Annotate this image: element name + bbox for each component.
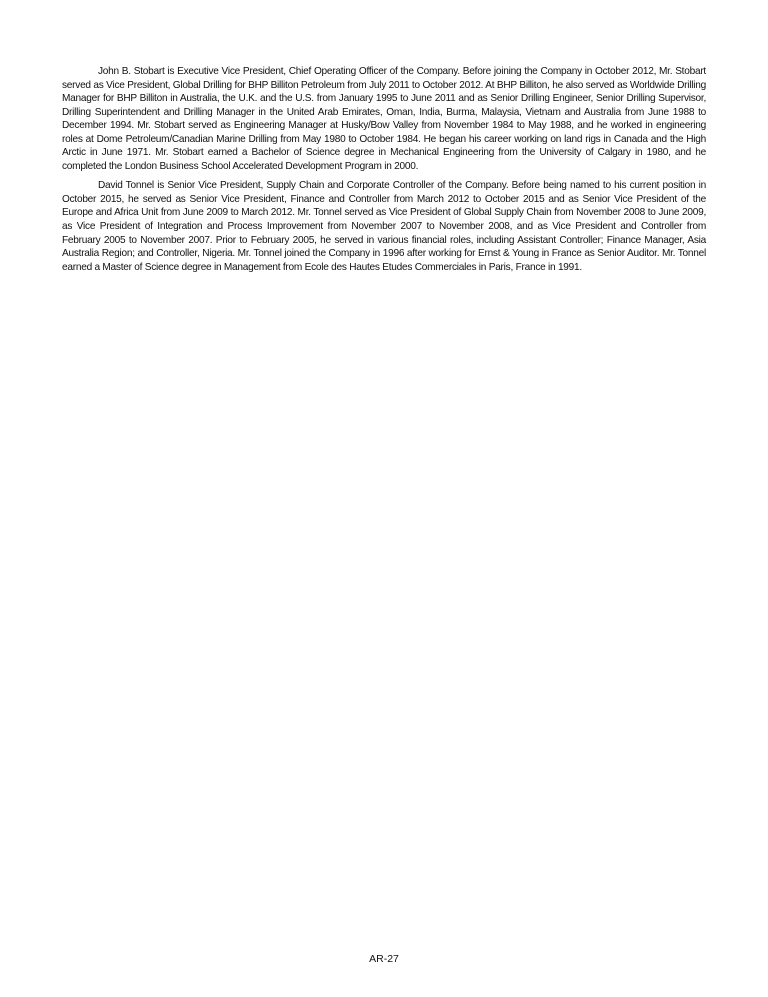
- paragraph-tonnel-bio: David Tonnel is Senior Vice President, S…: [62, 179, 706, 274]
- document-body: John B. Stobart is Executive Vice Presid…: [62, 65, 706, 280]
- page-number: AR-27: [0, 953, 768, 965]
- paragraph-stobart-bio: John B. Stobart is Executive Vice Presid…: [62, 65, 706, 173]
- document-page: John B. Stobart is Executive Vice Presid…: [0, 0, 768, 997]
